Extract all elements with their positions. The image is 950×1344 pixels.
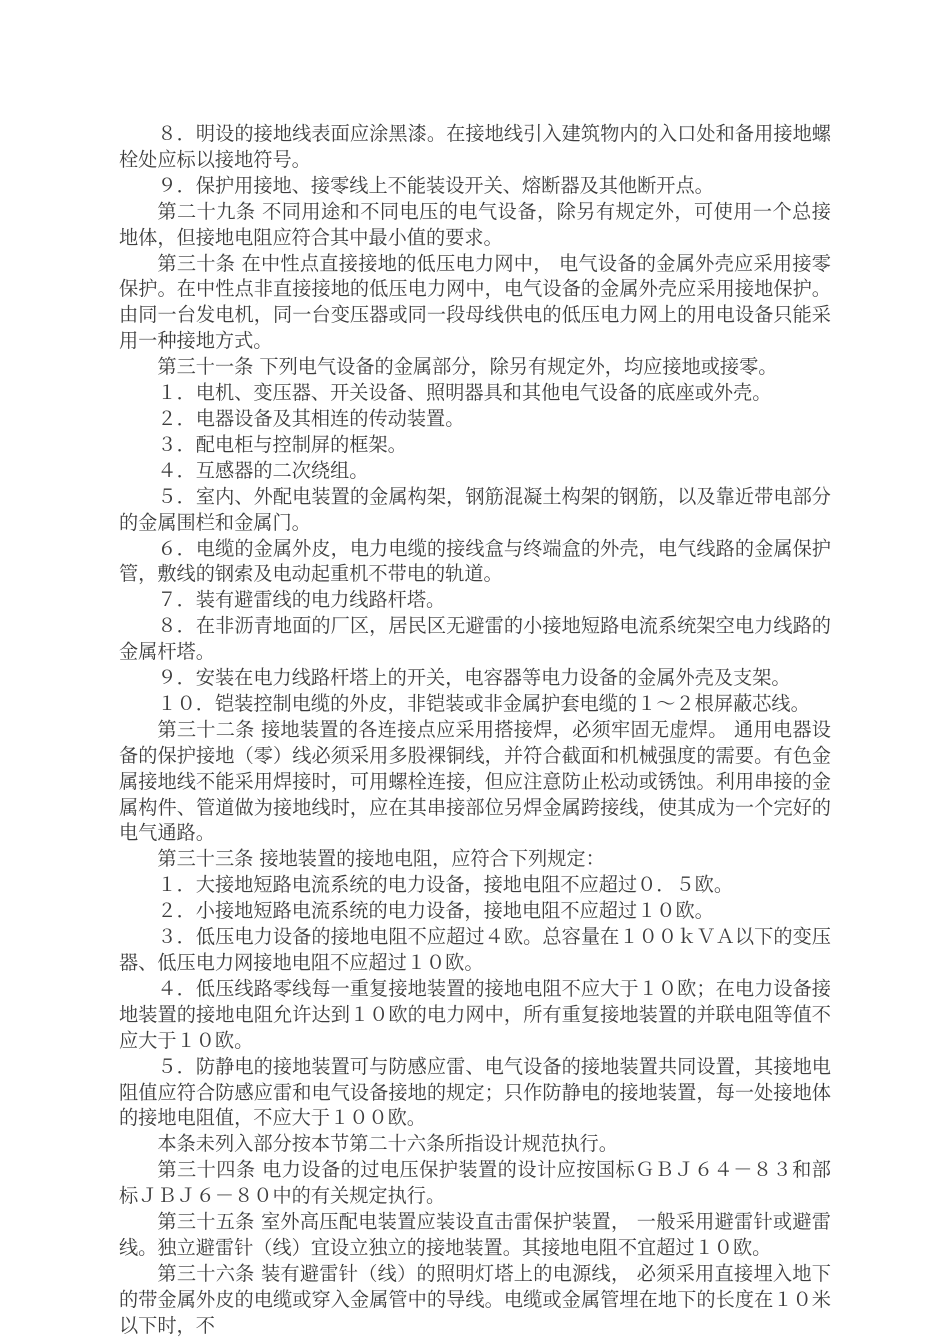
paragraph: 本条未列入部分按本节第二十六条所指设计规范执行。 — [119, 1131, 831, 1157]
paragraph: ８．明设的接地线表面应涂黑漆。在接地线引入建筑物内的入口处和备用接地螺栓处应标以… — [119, 121, 831, 173]
paragraph: 第三十一条 下列电气设备的金属部分，除另有规定外，均应接地或接零。 — [119, 354, 831, 380]
paragraph: ２．小接地短路电流系统的电力设备，接地电阻不应超过１０欧。 — [119, 898, 831, 924]
paragraph: 第三十四条 电力设备的过电压保护装置的设计应按国标ＧＢＪ６４－８３和部标ＪＢＪ６… — [119, 1157, 831, 1209]
paragraph: ３．低压电力设备的接地电阻不应超过４欧。总容量在１００ｋＶＡ以下的变压器、低压电… — [119, 924, 831, 976]
paragraph: １．电机、变压器、开关设备、照明器具和其他电气设备的底座或外壳。 — [119, 380, 831, 406]
paragraph: ６．电缆的金属外皮，电力电缆的接线盒与终端盒的外壳，电气线路的金属保护管，敷线的… — [119, 536, 831, 588]
paragraph: ９．安装在电力线路杆塔上的开关，电容器等电力设备的金属外壳及支架。 — [119, 665, 831, 691]
paragraph: 第二十九条 不同用途和不同电压的电气设备，除另有规定外，可使用一个总接地体，但接… — [119, 199, 831, 251]
document-page: ８．明设的接地线表面应涂黑漆。在接地线引入建筑物内的入口处和备用接地螺栓处应标以… — [0, 0, 950, 1344]
paragraph: 第三十六条 装有避雷针（线）的照明灯塔上的电源线， 必须采用直接埋入地下的带金属… — [119, 1261, 831, 1339]
paragraph: ５．室内、外配电装置的金属构架，钢筋混凝土构架的钢筋，以及靠近带电部分的金属围栏… — [119, 484, 831, 536]
paragraph: ９．保护用接地、接零线上不能装设开关、熔断器及其他断开点。 — [119, 173, 831, 199]
paragraph: １０．铠装控制电缆的外皮，非铠装或非金属护套电缆的１～２根屏蔽芯线。 — [119, 691, 831, 717]
paragraph: 第三十条 在中性点直接接地的低压电力网中， 电气设备的金属外壳应采用接零保护。在… — [119, 251, 831, 355]
paragraph: ４．低压线路零线每一重复接地装置的接地电阻不应大于１０欧；在电力设备接地装置的接… — [119, 976, 831, 1054]
paragraph: 第三十五条 室外高压配电装置应装设直击雷保护装置， 一般采用避雷针或避雷线。独立… — [119, 1209, 831, 1261]
paragraph: ２．电器设备及其相连的传动装置。 — [119, 406, 831, 432]
paragraph: ３．配电柜与控制屏的框架。 — [119, 432, 831, 458]
paragraph: 第三十二条 接地装置的各连接点应采用搭接焊，必须牢固无虚焊。 通用电器设备的保护… — [119, 717, 831, 847]
paragraph: ８．在非沥青地面的厂区，居民区无避雷的小接地短路电流系统架空电力线路的金属杆塔。 — [119, 613, 831, 665]
paragraph: ４．互感器的二次绕组。 — [119, 458, 831, 484]
paragraph: 第三十三条 接地装置的接地电阻，应符合下列规定： — [119, 846, 831, 872]
paragraph: ７．装有避雷线的电力线路杆塔。 — [119, 587, 831, 613]
paragraph: １．大接地短路电流系统的电力设备，接地电阻不应超过０．５欧。 — [119, 872, 831, 898]
paragraph: ５．防静电的接地装置可与防感应雷、电气设备的接地装置共同设置，其接地电阻值应符合… — [119, 1054, 831, 1132]
document-body: ８．明设的接地线表面应涂黑漆。在接地线引入建筑物内的入口处和备用接地螺栓处应标以… — [119, 121, 831, 1339]
